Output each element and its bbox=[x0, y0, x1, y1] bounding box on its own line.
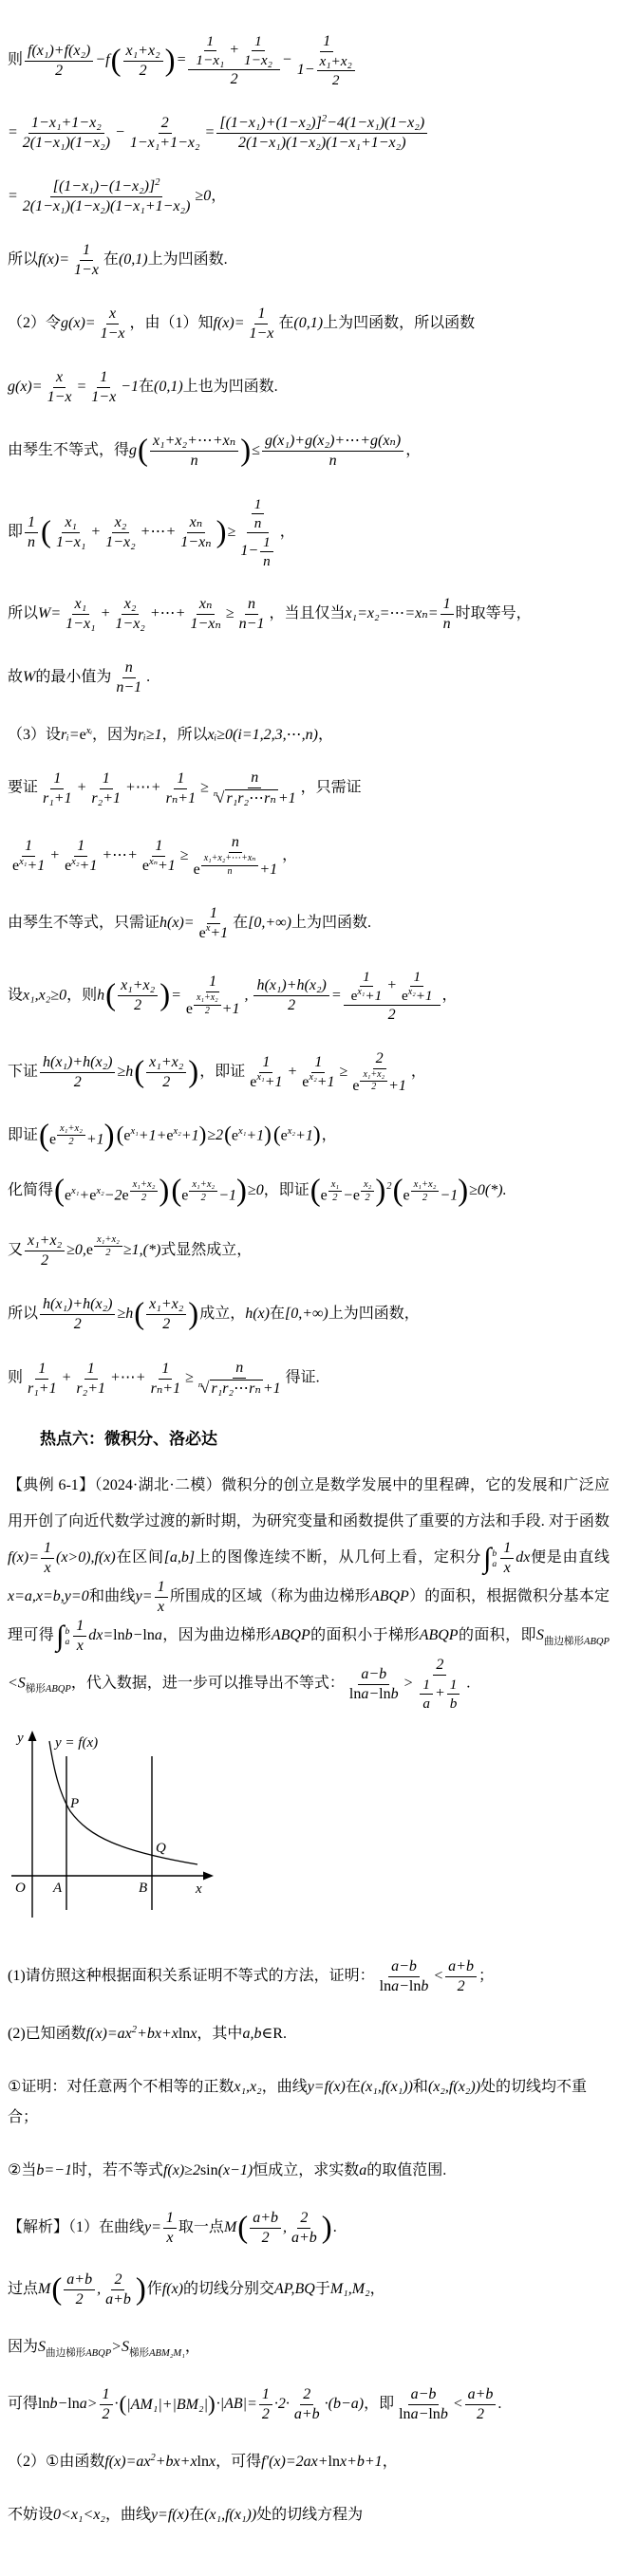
math-run: ≥ bbox=[340, 1064, 348, 1080]
solution-line-6: 不妨设0<x₁<x₂，曲线y=f(x)在(x₁,f(x₁))处的切线方程为 bbox=[8, 2500, 610, 2530]
fraction-numerator: a−b bbox=[358, 1665, 389, 1685]
text-run: (2)已知函数 bbox=[8, 2026, 86, 2042]
math-run: 1 bbox=[44, 1540, 51, 1556]
math-run: a−b bbox=[361, 1666, 386, 1682]
math-run: n bbox=[191, 453, 198, 469]
text-run: 曲边梯形 bbox=[46, 2348, 85, 2359]
math-run: b bbox=[492, 1548, 497, 1559]
math-line-18: 化简得(ex₁+ex₂−2ex₁+x₂2)(ex₁+x₂2−1)≥0，即证(ex… bbox=[8, 1176, 610, 1207]
math-run: ≤ bbox=[252, 442, 260, 458]
math-roman-run: e bbox=[281, 1127, 288, 1143]
close-paren: ) bbox=[216, 517, 227, 548]
fraction-denominator: n bbox=[252, 514, 265, 532]
fraction: 12 bbox=[259, 2385, 272, 2424]
text-run: 成立， bbox=[199, 1306, 245, 1322]
math-run: 2 bbox=[366, 1193, 370, 1203]
fraction: 1−x₁+1−x₂2(1−x₁)(1−x₂) bbox=[20, 114, 113, 153]
fraction-denominator: r₁+1 bbox=[25, 1380, 60, 1399]
text-run: 处的切线方程为 bbox=[256, 2507, 363, 2523]
text-run: ， bbox=[322, 1127, 337, 1143]
superscript: 2 bbox=[155, 178, 159, 189]
close-paren: ) bbox=[264, 1124, 272, 1146]
math-run: f(x)= bbox=[38, 251, 69, 268]
question-2-1: ①证明：对任意两个不相等的正数x₁,x₂，曲线y=f(x)在(x₁,f(x₁))… bbox=[8, 2072, 610, 2133]
math-run: +1 bbox=[365, 988, 382, 1004]
fraction: nn−1 bbox=[113, 658, 144, 697]
fraction-denominator: 2 bbox=[455, 1977, 468, 1996]
fraction-denominator: 2 bbox=[139, 1192, 149, 1204]
math-run: , bbox=[283, 2220, 287, 2236]
fraction-numerator: x₂ bbox=[112, 513, 130, 533]
text-run: 和曲线 bbox=[89, 1589, 136, 1605]
fraction-numerator: 2 bbox=[373, 1049, 386, 1069]
point-q-label: Q bbox=[156, 1841, 166, 1856]
math-run: , bbox=[244, 987, 252, 1003]
fraction-numerator: n bbox=[233, 1359, 246, 1379]
fraction: a−blna−lnb bbox=[377, 1957, 432, 1996]
math-run: + bbox=[79, 1187, 89, 1203]
fraction: 1x bbox=[155, 1578, 168, 1617]
math-run: y= bbox=[144, 2220, 161, 2236]
text-run: ， bbox=[185, 2339, 200, 2355]
text-run: 上为凹函数. bbox=[291, 915, 371, 931]
math-run: , bbox=[97, 2282, 101, 2298]
fraction-numerator: 1 bbox=[447, 1676, 460, 1695]
math-run: 1 bbox=[413, 969, 421, 985]
text-run: 则 bbox=[8, 1370, 23, 1386]
text-run: 时取等号， bbox=[456, 605, 532, 621]
fraction: h(x₁)+h(x₂)2 bbox=[253, 976, 328, 1015]
math-line-12: 要证1r₁+1+1r₂+1+⋯+1rₙ+1≥nn√r₁r₂⋯rₙ+1，只需证 bbox=[8, 769, 610, 808]
math-run: x bbox=[44, 1560, 50, 1576]
fraction: a+b2 bbox=[64, 2270, 95, 2309]
math-run: 1−x bbox=[74, 262, 99, 278]
math-run: 2 bbox=[231, 71, 238, 87]
close-paren: ) bbox=[188, 1299, 198, 1330]
math-run: ·(b−a) bbox=[325, 2397, 364, 2413]
fraction: x₁1−x₁ bbox=[53, 513, 88, 552]
fraction-numerator: 1 bbox=[155, 1578, 168, 1598]
math-roman-run: e bbox=[353, 1187, 360, 1203]
math-run: x₁+x₂ bbox=[192, 1179, 215, 1190]
fraction-numerator: n bbox=[122, 658, 136, 678]
open-paren: ( bbox=[39, 1121, 49, 1152]
paren-group: (ex₁+x₂2+1) bbox=[39, 1121, 115, 1152]
math-roman-run: ln bbox=[67, 2397, 79, 2413]
math-run: 1 bbox=[314, 1054, 322, 1070]
text-run: ， bbox=[370, 2282, 385, 2298]
math-run: −1 bbox=[121, 379, 139, 395]
math-roman-run: ln bbox=[409, 1978, 421, 1994]
math-run: 1 bbox=[25, 838, 32, 854]
radicand: r₁r₂⋯rₙ bbox=[210, 1380, 263, 1397]
math-run: 1 bbox=[503, 1540, 511, 1556]
math-run: = bbox=[8, 124, 18, 140]
fraction: x₁+x₂2 bbox=[189, 1178, 217, 1204]
math-run: S bbox=[536, 1628, 544, 1644]
superscript: x₁+x₂2 bbox=[93, 1233, 123, 1259]
fraction-denominator: n−1 bbox=[113, 678, 144, 697]
math-run: 1 bbox=[77, 838, 84, 854]
math-run: h(x) bbox=[245, 1306, 270, 1322]
math-run: 1 bbox=[254, 33, 262, 49]
math-run: 1 bbox=[87, 1361, 95, 1377]
math-line-7: 由琴生不等式，得g(x₁+x₂+⋯+xₙn)≤g(x₁)+g(x₂)+⋯+g(x… bbox=[8, 432, 610, 471]
text-run: 的面积，即 bbox=[459, 1628, 536, 1644]
text-run: ，只需证 bbox=[301, 780, 362, 796]
math-run: 2 bbox=[332, 72, 340, 88]
math-run: 1− bbox=[240, 543, 258, 559]
fraction-numerator: [(1−x₁)−(1−x₂)]2 bbox=[50, 177, 163, 197]
text-run: ，即 bbox=[364, 2397, 394, 2413]
math-run: −2 bbox=[104, 1187, 122, 1203]
open-paren: ( bbox=[134, 1057, 144, 1088]
math-line-9: 所以W=x₁1−x₁+x₂1−x₂+⋯+xₙ1−xₙ≥nn−1，当且仅当x₁=x… bbox=[8, 595, 610, 634]
math-roman-run: e bbox=[181, 1187, 188, 1203]
math-run: M bbox=[38, 2282, 50, 2298]
close-paren: ) bbox=[208, 2394, 216, 2416]
math-run: a+b bbox=[291, 2230, 317, 2246]
integral: ∫ba bbox=[483, 1546, 497, 1571]
open-paren: ( bbox=[237, 2213, 248, 2244]
fraction-numerator: x₁+x₂+⋯+xₙ bbox=[201, 853, 259, 866]
fraction: 1ex₂+1 bbox=[299, 1053, 337, 1092]
fraction: 1x bbox=[73, 1617, 86, 1656]
math-run: +⋯+ bbox=[102, 847, 138, 863]
fraction: x₁+x₂2 bbox=[317, 52, 355, 89]
math-run: n bbox=[443, 616, 451, 632]
math-run: W= bbox=[38, 605, 61, 621]
fraction: 1ex₁+1 bbox=[9, 837, 47, 876]
math-run: 1−x₂ bbox=[105, 534, 135, 550]
paren-group-content: ex₂+1 bbox=[281, 1127, 313, 1144]
math-run: a,b∈ bbox=[242, 2026, 272, 2042]
fraction: x₁+x₂2 bbox=[123, 42, 163, 81]
paren-group: (a+b2,2a+b) bbox=[237, 2209, 331, 2248]
fraction-numerator: 1 bbox=[252, 32, 265, 51]
subscript: 梯形ABM₂M₁ bbox=[129, 2349, 185, 2360]
math-run: + bbox=[386, 977, 397, 993]
fraction: x₁+x₂2 bbox=[130, 1178, 159, 1204]
fraction-denominator: ex₂+1 bbox=[399, 987, 436, 1005]
math-run: ≥h bbox=[117, 1306, 133, 1322]
math-run: x₂ bbox=[115, 514, 127, 530]
math-run: 1 bbox=[254, 496, 262, 512]
paren-group: (ex₁2−ex₂2) bbox=[310, 1176, 386, 1207]
math-run: y=f(x) bbox=[308, 2079, 346, 2095]
math-run: rₙ+1 bbox=[151, 1381, 181, 1397]
text-run: 由琴生不等式，得 bbox=[8, 442, 129, 458]
figure-svg: y y = f(x) P Q O A B x bbox=[8, 1726, 235, 1930]
text-run: （2）令 bbox=[8, 315, 61, 331]
fraction-numerator: 1 bbox=[159, 1360, 172, 1380]
text-run: (1)请仿照这种根据面积关系证明不等式的方法，证明： bbox=[8, 1969, 375, 1985]
fraction-numerator: n bbox=[245, 595, 258, 615]
fraction-denominator: n−1 bbox=[236, 615, 268, 634]
math-run: = bbox=[171, 987, 181, 1003]
fraction-denominator: ex₁+x₂2+1 bbox=[183, 992, 243, 1019]
text-run: ，因为 bbox=[92, 727, 138, 743]
fraction: x₂1−x₂ bbox=[103, 513, 138, 552]
math-line-10: 故W的最小值为nn−1. bbox=[8, 658, 610, 697]
paren-group-content: a+b2,2a+b bbox=[248, 2209, 322, 2248]
fraction: 1x bbox=[163, 2209, 177, 2248]
math-run: rₙ+1 bbox=[166, 790, 197, 806]
superscript: x₁+x₂2 bbox=[359, 1069, 388, 1094]
math-line-4: 所以f(x)=11−x在(0,1)上为凹函数. bbox=[8, 241, 610, 280]
function-graph-figure: y y = f(x) P Q O A B x bbox=[8, 1726, 610, 1935]
fraction-numerator: 1 bbox=[441, 595, 454, 615]
math-run: x bbox=[56, 369, 63, 385]
math-roman-run: ln bbox=[142, 1628, 154, 1644]
math-run: n−1 bbox=[116, 679, 141, 695]
math-run: (x₂,f(x₂)) bbox=[428, 2079, 480, 2095]
fraction-denominator: 2 bbox=[100, 2405, 113, 2424]
math-run: +1 bbox=[263, 1381, 281, 1397]
fraction-denominator: 2(1−x₁)(1−x₂)(1−x₁+1−x₂) bbox=[235, 134, 409, 153]
paren-group-content: ex₁+x₂2−1 bbox=[181, 1178, 236, 1204]
math-run: x bbox=[77, 1638, 84, 1654]
question-1: (1)请仿照这种根据面积关系证明不等式的方法，证明：a−blna−lnb<a+b… bbox=[8, 1957, 610, 1996]
math-run: r₂+1 bbox=[76, 1381, 105, 1397]
fraction-numerator: a+b bbox=[250, 2209, 281, 2229]
fraction-denominator: ex₁+1 bbox=[9, 857, 47, 876]
fraction-denominator: 2 bbox=[159, 1073, 173, 1092]
math-run: ≥ bbox=[200, 780, 209, 796]
math-run: 1 bbox=[363, 969, 370, 985]
math-run: a bbox=[155, 1628, 162, 1644]
math-run: b bbox=[450, 1696, 458, 1712]
fraction-numerator: x₁ bbox=[72, 595, 90, 615]
math-run: 2 bbox=[68, 1137, 73, 1147]
math-run: f(x)=ax bbox=[104, 2454, 150, 2470]
math-run: +1 bbox=[210, 925, 228, 941]
close-paren: ) bbox=[104, 1121, 115, 1152]
fraction: x₁+x₂2 bbox=[57, 1122, 85, 1148]
fraction-numerator: n bbox=[248, 769, 261, 788]
math-run: 2 bbox=[140, 63, 147, 79]
text-run: 梯形 bbox=[26, 1684, 46, 1695]
superscript: x₂ bbox=[96, 1187, 103, 1197]
fraction-numerator: 1 bbox=[420, 1676, 433, 1695]
math-line-19: 又x₁+x₂2≥0,ex₁+x₂2≥1,(*)式显然成立， bbox=[8, 1232, 610, 1270]
fraction-numerator: 2 bbox=[297, 2209, 310, 2229]
math-run: a bbox=[359, 2162, 366, 2178]
math-run: <S bbox=[8, 1676, 26, 1692]
math-run: x₁+x₂ bbox=[363, 1069, 385, 1080]
math-run: = bbox=[205, 124, 216, 140]
fraction-numerator: x₁+x₂ bbox=[130, 1178, 159, 1192]
text-run: 在 bbox=[346, 2079, 361, 2095]
fraction-numerator: 1 bbox=[360, 968, 373, 987]
fraction-denominator: lna−lnb bbox=[377, 1977, 432, 1996]
math-roman-run: sin bbox=[200, 2162, 218, 2178]
fraction-numerator: xₙ bbox=[197, 595, 216, 615]
fraction: 1ex₂+1 bbox=[399, 968, 436, 1005]
fraction-numerator: x₁+x₂ bbox=[411, 1178, 440, 1192]
math-run: a+b bbox=[294, 2406, 320, 2422]
math-roman-run: e bbox=[80, 727, 86, 743]
fraction-denominator: 2(1−x₁)(1−x₂) bbox=[20, 134, 113, 153]
math-line-21: 则1r₁+1+1r₂+1+⋯+1rₙ+1≥nn√r₁r₂⋯rₙ+1得证. bbox=[8, 1359, 610, 1399]
math-run: − bbox=[115, 124, 125, 140]
fraction-denominator: 2 bbox=[73, 2290, 86, 2309]
math-run: x bbox=[158, 1599, 164, 1615]
math-run: 2 bbox=[388, 1007, 396, 1023]
math-run: b− bbox=[125, 1628, 143, 1644]
fraction-denominator: 1−xₙ bbox=[187, 615, 223, 634]
math-run: b bbox=[391, 1686, 399, 1702]
math-run: 2 bbox=[386, 1181, 391, 1192]
text-run: ，由（1）知 bbox=[129, 315, 213, 331]
math-run: ≥ bbox=[228, 524, 236, 540]
math-run: [a,b] bbox=[164, 1550, 195, 1566]
math-roman-run: e bbox=[186, 1001, 193, 1017]
text-run: 上也为凹函数. bbox=[183, 379, 278, 395]
fraction-denominator: 2 bbox=[228, 70, 241, 89]
math-run: 1 bbox=[210, 905, 217, 921]
text-run: ， bbox=[282, 847, 297, 863]
math-line-20: 所以h(x₁)+h(x₂)2≥h(x₁+x₂2)成立，h(x)在[0,+∞)上为… bbox=[8, 1295, 610, 1334]
superscript: x₁+x₂+⋯+xₙn bbox=[200, 853, 260, 878]
integral-sign-icon: ∫ bbox=[56, 1623, 64, 1649]
radical-sign-icon: √ bbox=[200, 1379, 209, 1397]
math-roman-run: ln bbox=[428, 2406, 440, 2422]
math-run: 2 bbox=[300, 2210, 308, 2226]
fraction: [(1−x₁)−(1−x₂)]22(1−x₁)(1−x₂)(1−x₁+1−x₂) bbox=[20, 177, 194, 216]
fraction-denominator: 2 bbox=[202, 1006, 213, 1018]
math-run: = bbox=[76, 379, 86, 395]
fraction: 1ex₁+x₂2+1 bbox=[183, 973, 243, 1019]
nth-root: n√r₁r₂⋯rₙ bbox=[214, 790, 278, 806]
math-run: 1−x₁+1−x₂ bbox=[31, 115, 102, 131]
math-run: 2 bbox=[74, 1316, 82, 1332]
fraction-denominator: 1−1n bbox=[237, 533, 277, 570]
fraction-denominator: a+b bbox=[291, 2405, 323, 2424]
math-run: 1−x₂ bbox=[115, 616, 144, 632]
open-paren: ( bbox=[111, 46, 122, 77]
math-run: ≥1,(*) bbox=[123, 1242, 160, 1258]
math-run: 1 bbox=[38, 1361, 46, 1377]
math-run: x₁ bbox=[256, 1072, 264, 1083]
math-run: 1 bbox=[323, 33, 330, 49]
math-run: dx bbox=[516, 1550, 530, 1566]
curve-label: y = f(x) bbox=[53, 1735, 98, 1751]
fraction-numerator: 2 bbox=[300, 2385, 313, 2405]
text-run: 即证 bbox=[8, 1127, 38, 1143]
math-run: 1 bbox=[257, 306, 265, 322]
math-run: 2 bbox=[74, 1074, 82, 1090]
fraction-numerator: 1 bbox=[259, 1053, 272, 1073]
fraction-denominator: ex₂+1 bbox=[62, 857, 100, 876]
paren-group-content: ex₁+x₂2−1 bbox=[403, 1178, 458, 1204]
text-run: 取一点 bbox=[178, 2220, 224, 2236]
math-run: 1−x bbox=[250, 325, 274, 342]
math-run: ≥0(*). bbox=[469, 1182, 506, 1198]
fraction-denominator: 2 bbox=[385, 1006, 399, 1025]
math-run: ≥ bbox=[226, 605, 234, 621]
text-run: ，所以 bbox=[162, 727, 208, 743]
fraction-numerator: x₁+x₂ bbox=[146, 1295, 186, 1315]
text-run: 作 bbox=[147, 2282, 162, 2298]
open-paren: ( bbox=[273, 1124, 281, 1146]
fraction: 1r₂+1 bbox=[73, 1360, 108, 1399]
fraction-denominator: 2 bbox=[198, 1192, 209, 1204]
fraction-numerator: 1 bbox=[252, 495, 265, 514]
paren-group-content: a+b2,2a+b bbox=[62, 2270, 136, 2309]
math-run: > bbox=[403, 1676, 414, 1692]
math-line-6: g(x)=x1−x=11−x−1在(0,1)上也为凹函数. bbox=[8, 368, 610, 407]
math-run: g(x)= bbox=[61, 315, 96, 331]
math-line-1: 则f(x₁)+f(x₂)2−f(x₁+x₂2)=11−x₁+11−x₂2−11−… bbox=[8, 32, 610, 89]
math-run: −4(1−x₁)(1−x₂) bbox=[327, 115, 424, 131]
fraction-denominator: 2 bbox=[259, 2405, 272, 2424]
fraction-denominator: 2 bbox=[420, 1192, 430, 1204]
math-run: ≥0 bbox=[248, 1182, 264, 1198]
fraction-denominator: 2 bbox=[137, 62, 150, 81]
superscript: xₙ bbox=[149, 858, 158, 868]
paren-group: (ex₁+x₂2−1) bbox=[393, 1176, 469, 1207]
math-run: (0,1) bbox=[154, 379, 183, 395]
math-run: b− bbox=[49, 2397, 67, 2413]
math-roman-run: ln bbox=[178, 2026, 190, 2042]
fraction-numerator: 1 bbox=[259, 2385, 272, 2405]
math-run: 2 bbox=[161, 115, 169, 131]
fraction-denominator: 2 bbox=[38, 1251, 51, 1270]
math-roman-run: e bbox=[402, 988, 408, 1004]
fraction-numerator: x₁+x₂ bbox=[317, 52, 355, 71]
fraction-denominator: 1−xₙ bbox=[178, 533, 214, 552]
math-run: 1 bbox=[76, 1618, 84, 1634]
fraction-denominator: lna−lnb bbox=[396, 2405, 451, 2424]
open-paren: ( bbox=[224, 1124, 232, 1146]
text-run: 得证. bbox=[286, 1370, 320, 1386]
paren-group-content: ex₁+x₂2+1 bbox=[49, 1122, 104, 1148]
fraction-numerator: 1 bbox=[254, 305, 268, 324]
math-run: x₂ bbox=[124, 596, 137, 612]
fraction-denominator: 2 bbox=[363, 1192, 373, 1204]
math-run: x₁+x₂+⋯+xₙ bbox=[204, 853, 256, 863]
fraction: 1exₙ+1 bbox=[140, 837, 178, 876]
upper-limit: b bbox=[65, 1626, 69, 1637]
paren-group-content: x₁+x₂+⋯+xₙn bbox=[148, 432, 240, 471]
text-run: 【典例 6-1】（2024·湖北·二模）微积分的创立是数学发展中的里程碑，它的发… bbox=[8, 1477, 610, 1529]
fraction: a+b2 bbox=[465, 2385, 497, 2424]
text-run: ，因为曲边梯形 bbox=[162, 1628, 272, 1644]
fraction-numerator: 1 bbox=[163, 2209, 177, 2229]
text-run: 的最小值为 bbox=[35, 669, 111, 685]
math-run: 1 bbox=[262, 1054, 270, 1070]
fraction-numerator: 2 bbox=[433, 1656, 446, 1676]
fraction: 1ex₂+1 bbox=[62, 837, 100, 876]
text-run: ，代入数据，进一步可以推导出不等式： bbox=[71, 1676, 345, 1692]
integral-limits: ba bbox=[492, 1548, 497, 1569]
math-run: a> bbox=[80, 2397, 98, 2413]
math-line-16: 下证h(x₁)+h(x₂)2≥h(x₁+x₂2)，即证1ex₁+1+1ex₂+1… bbox=[8, 1049, 610, 1096]
text-run: . bbox=[497, 2397, 501, 2413]
fraction: 1rₙ+1 bbox=[148, 1360, 184, 1399]
math-run: x₁+x₂ bbox=[149, 1054, 183, 1070]
close-paren: ) bbox=[159, 1176, 169, 1207]
math-run: a−b bbox=[411, 2386, 437, 2402]
fraction-denominator: 1−x bbox=[45, 388, 75, 407]
text-run: ， bbox=[442, 987, 458, 1003]
paren-group: (x₁+x₂2) bbox=[134, 1053, 198, 1092]
math-run: 2 bbox=[55, 63, 63, 79]
superscript: x₁+x₂2 bbox=[56, 1122, 86, 1148]
fraction-numerator: 1 bbox=[100, 2385, 113, 2405]
math-run: 1−x bbox=[101, 325, 125, 342]
